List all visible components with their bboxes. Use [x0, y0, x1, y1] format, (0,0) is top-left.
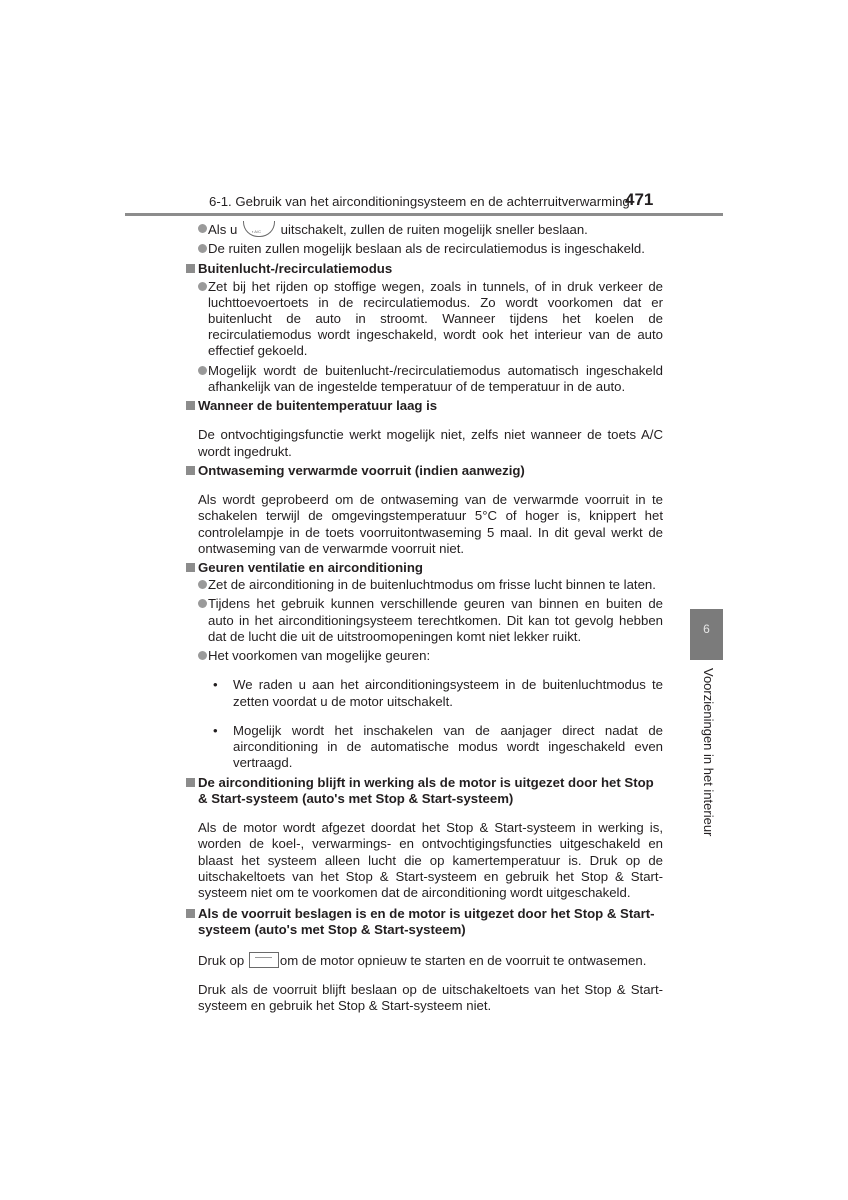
square-bullet-icon	[186, 909, 195, 918]
section-bullet: Tijdens het gebruik kunnen verschillende…	[185, 596, 663, 645]
section-bullet: Het voorkomen van mogelijke geuren:	[185, 648, 663, 664]
sub-bullet-text: Mogelijk wordt het inschakelen van de aa…	[233, 723, 663, 770]
section-body: Druk op om de motor opnieuw te starten e…	[185, 952, 663, 969]
heading-text: Ontwaseming verwarmde voorruit (indien a…	[198, 463, 525, 478]
header-rule	[125, 213, 723, 216]
square-bullet-icon	[186, 401, 195, 410]
section-heading: Wanneer de buitentemperatuur laag is	[185, 398, 663, 414]
page-content: Als u ▪ A/C uitschakelt, zullen de ruite…	[185, 221, 663, 1018]
heading-text: Buitenlucht-/recirculatiemodus	[198, 261, 392, 276]
small-bullet-icon: •	[213, 677, 218, 693]
intro-bullet: De ruiten zullen mogelijk beslaan als de…	[185, 241, 663, 257]
body-text: Druk op	[198, 953, 244, 968]
defroster-button-icon	[249, 952, 279, 968]
bullet-dot-icon	[198, 244, 207, 253]
sub-bullet: • We raden u aan het airconditioningsyst…	[208, 677, 663, 709]
section-bullet: Zet bij het rijden op stoffige wegen, zo…	[185, 279, 663, 360]
page-number: 471	[625, 190, 653, 210]
section-bullet: Zet de airconditioning in de buitenlucht…	[185, 577, 663, 593]
sub-bullet: • Mogelijk wordt het inschakelen van de …	[208, 723, 663, 772]
bullet-dot-icon	[198, 580, 207, 589]
body-text: om de motor opnieuw te starten en de voo…	[280, 953, 647, 968]
bullet-dot-icon	[198, 366, 207, 375]
section-bullet: Mogelijk wordt de buitenlucht-/recircula…	[185, 363, 663, 395]
bullet-dot-icon	[198, 224, 207, 233]
heading-text: Geuren ventilatie en airconditioning	[198, 560, 423, 575]
section-body: De ontvochtigingsfunctie werkt mogelijk …	[185, 427, 663, 459]
bullet-text: Mogelijk wordt de buitenlucht-/recircula…	[208, 363, 663, 394]
square-bullet-icon	[186, 778, 195, 787]
bullet-dot-icon	[198, 282, 207, 291]
bullet-text: Als u	[208, 222, 237, 237]
section-body: Als de motor wordt afgezet doordat het S…	[185, 820, 663, 901]
square-bullet-icon	[186, 563, 195, 572]
section-heading: Ontwaseming verwarmde voorruit (indien a…	[185, 463, 663, 479]
small-bullet-icon: •	[213, 723, 218, 739]
heading-text: Als de voorruit beslagen is en de motor …	[198, 906, 655, 937]
section-body: Als wordt geprobeerd om de ontwaseming v…	[185, 492, 663, 557]
bullet-dot-icon	[198, 651, 207, 660]
sub-bullet-text: We raden u aan het airconditioningsystee…	[233, 677, 663, 708]
bullet-text: Het voorkomen van mogelijke geuren:	[208, 648, 430, 663]
section-body: Druk als de voorruit blijft beslaan op d…	[185, 982, 663, 1014]
square-bullet-icon	[186, 466, 195, 475]
page-header-title: 6-1. Gebruik van het airconditioningsyst…	[209, 194, 630, 209]
section-heading: De airconditioning blijft in werking als…	[185, 775, 663, 807]
ac-button-icon: ▪ A/C	[243, 221, 275, 237]
chapter-label: Voorzieningen in het interieur	[701, 668, 716, 836]
bullet-dot-icon	[198, 599, 207, 608]
section-heading: Buitenlucht-/recirculatiemodus	[185, 261, 663, 277]
bullet-text: Zet de airconditioning in de buitenlucht…	[208, 577, 656, 592]
bullet-text: uitschakelt, zullen de ruiten mogelijk s…	[281, 222, 588, 237]
bullet-text: Tijdens het gebruik kunnen verschillende…	[208, 596, 663, 643]
chapter-tab: 6	[690, 609, 723, 660]
heading-text: De airconditioning blijft in werking als…	[198, 775, 654, 806]
square-bullet-icon	[186, 264, 195, 273]
chapter-number: 6	[690, 622, 723, 636]
bullet-text: De ruiten zullen mogelijk beslaan als de…	[208, 241, 645, 256]
heading-text: Wanneer de buitentemperatuur laag is	[198, 398, 437, 413]
bullet-text: Zet bij het rijden op stoffige wegen, zo…	[208, 279, 663, 359]
section-heading: Als de voorruit beslagen is en de motor …	[185, 906, 663, 938]
intro-bullet: Als u ▪ A/C uitschakelt, zullen de ruite…	[185, 221, 663, 238]
section-heading: Geuren ventilatie en airconditioning	[185, 560, 663, 576]
